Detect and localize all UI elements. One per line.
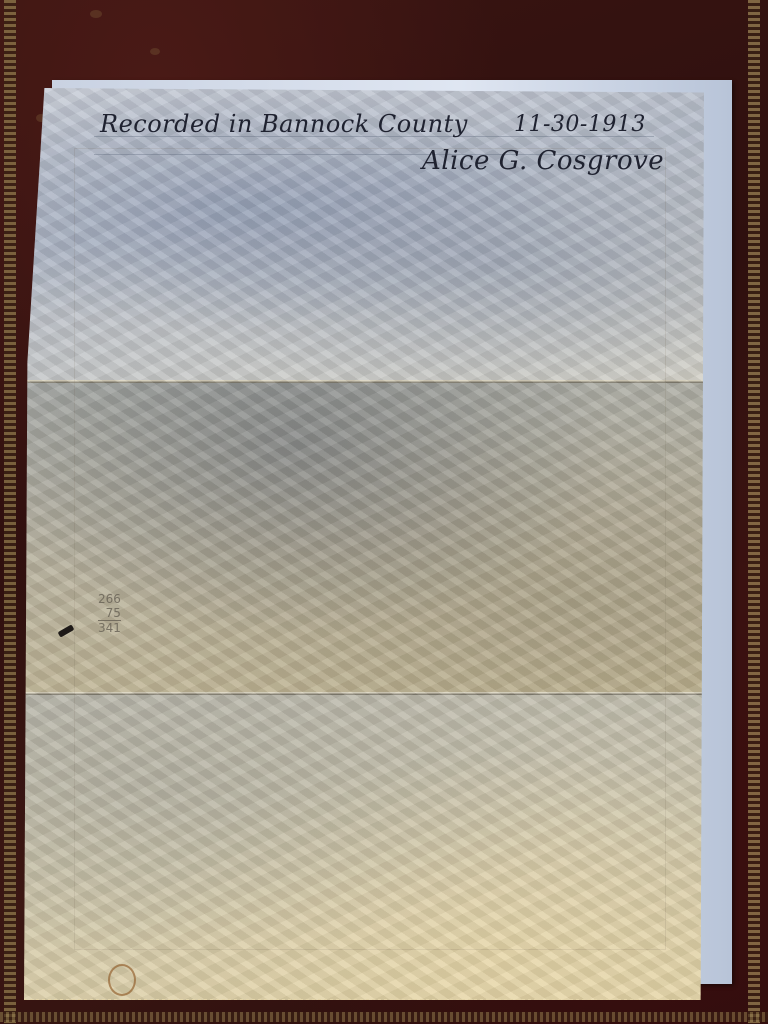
gold-tooled-border-right [748, 0, 760, 1024]
document-sheet: Recorded in Bannock County 11-30-1913 Al… [24, 88, 704, 1000]
recording-note-text: Recorded in Bannock County [100, 110, 468, 138]
pencil-line: 75 [98, 606, 121, 620]
leather-blemish [90, 10, 102, 18]
recorder-signature: Alice G. Cosgrove [422, 146, 664, 176]
gold-tooled-border-bottom [0, 1012, 768, 1022]
leather-blemish [150, 48, 160, 55]
pencil-sum: 341 [98, 620, 121, 635]
perforated-edge [24, 999, 704, 1003]
pencil-line: 266 [98, 592, 121, 606]
gold-tooled-border-left [4, 0, 16, 1024]
pencil-calculation: 266 75 341 [98, 592, 121, 635]
recording-date: 11-30-1913 [514, 112, 646, 137]
ring-stain [108, 964, 136, 996]
show-through-border [74, 148, 666, 950]
